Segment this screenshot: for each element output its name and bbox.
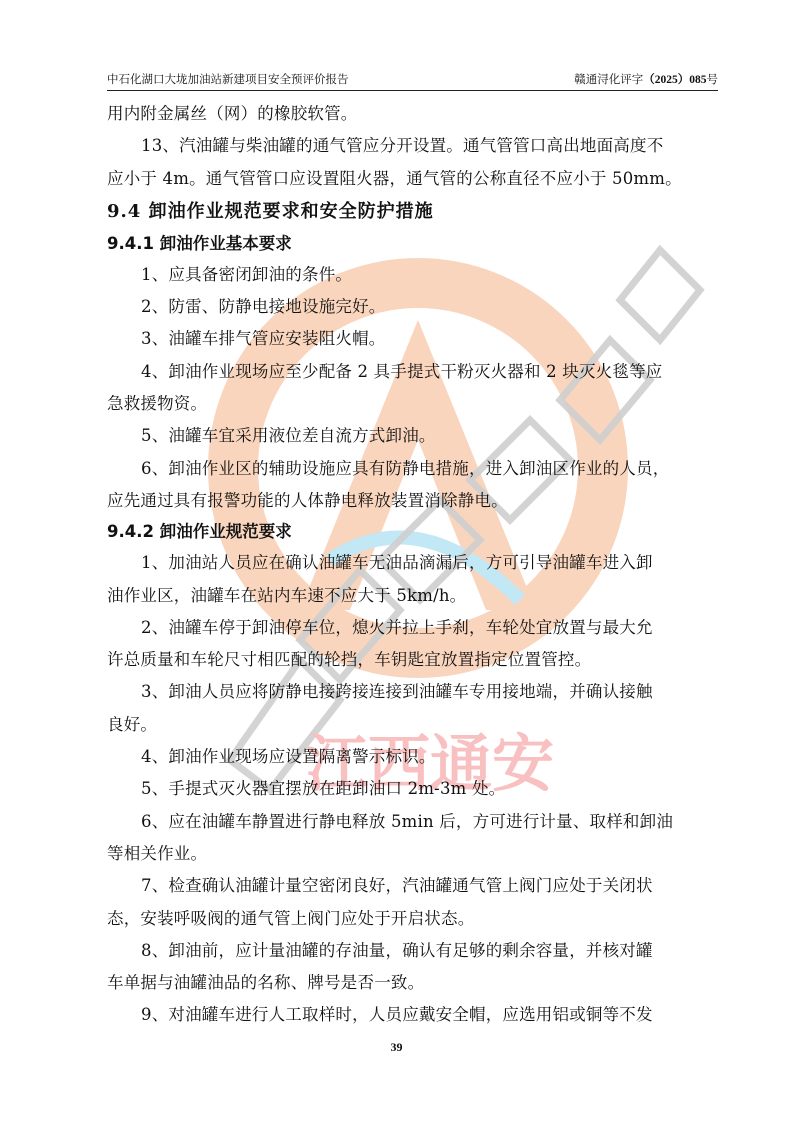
list-item-continuation: 良好。 [107,709,720,741]
list-item-continuation: 急救援物资。 [107,388,720,420]
list-item: 7、检查确认油罐计量空密闭良好，汽油罐通气管上阀门应处于关闭状 [107,870,720,902]
list-item: 3、卸油人员应将防静电接跨接连接到油罐车专用接地端，并确认接触 [107,676,720,708]
list-item-continuation: 油作业区，油罐车在站内车速不应大于 5km/h。 [107,580,720,612]
list-item: 3、油罐车排气管应安装阻火帽。 [107,323,720,355]
list-item-continuation: 许总质量和车轮尺寸相匹配的轮挡，车钥匙宜放置指定位置管控。 [107,644,720,676]
list-item-continuation: 态，安装呼吸阀的通气管上阀门应处于开启状态。 [107,903,720,935]
section-heading-9-4: 9.4 卸油作业规范要求和安全防护措施 [107,195,720,229]
list-item: 6、卸油作业区的辅助设施应具有防静电措施，进入卸油区作业的人员， [107,453,720,485]
list-item: 4、卸油作业现场应设置隔离警示标识。 [107,741,720,773]
list-item-continuation: 车单据与油罐油品的名称、牌号是否一致。 [107,967,720,999]
document-body: 用内附金属丝（网）的橡胶软管。 13、汽油罐与柴油罐的通气管应分开设置。通气管管… [107,98,720,1032]
list-item-continuation: 应先通过具有报警功能的人体静电释放装置消除静电。 [107,485,720,517]
doc-number-year: （2025）085 [643,74,706,86]
list-item: 1、应具备密闭卸油的条件。 [107,259,720,291]
doc-number-suffix: 号 [707,72,719,86]
list-item: 9、对油罐车进行人工取样时，人员应戴安全帽，应选用铝或铜等不发 [107,999,720,1031]
page-number: 39 [0,1040,793,1055]
doc-number-prefix: 赣通浔化评字 [574,72,643,86]
list-item: 5、手提式灭火器宜摆放在距卸油口 2m-3m 处。 [107,773,720,805]
list-item: 5、油罐车宜采用液位差自流方式卸油。 [107,420,720,452]
paragraph-line: 应小于 4m。通气管管口应设置阻火器，通气管的公称直径不应小于 50mm。 [107,163,720,195]
list-item: 8、卸油前，应计量油罐的存油量，确认有足够的剩余容量，并核对罐 [107,935,720,967]
list-item: 2、油罐车停于卸油停车位，熄火并拉上手刹，车轮处宜放置与最大允 [107,612,720,644]
page-header: 中石化湖口大垅加油站新建项目安全预评价报告 赣通浔化评字（2025）085号 [107,68,718,91]
list-item: 2、防雷、防静电接地设施完好。 [107,291,720,323]
paragraph-line: 用内附金属丝（网）的橡胶软管。 [107,98,720,130]
document-number: 赣通浔化评字（2025）085号 [574,71,718,87]
report-title: 中石化湖口大垅加油站新建项目安全预评价报告 [107,71,349,87]
list-item: 4、卸油作业现场应至少配备 2 具手提式干粉灭火器和 2 块灭火毯等应 [107,356,720,388]
subsection-heading-9-4-2: 9.4.2 卸油作业规范要求 [107,517,720,547]
list-item-continuation: 等相关作业。 [107,838,720,870]
subsection-heading-9-4-1: 9.4.1 卸油作业基本要求 [107,229,720,259]
list-item: 1、加油站人员应在确认油罐车无油品滴漏后，方可引导油罐车进入卸 [107,547,720,579]
paragraph-line: 13、汽油罐与柴油罐的通气管应分开设置。通气管管口高出地面高度不 [107,130,720,162]
list-item: 6、应在油罐车静置进行静电释放 5min 后，方可进行计量、取样和卸油 [107,806,720,838]
